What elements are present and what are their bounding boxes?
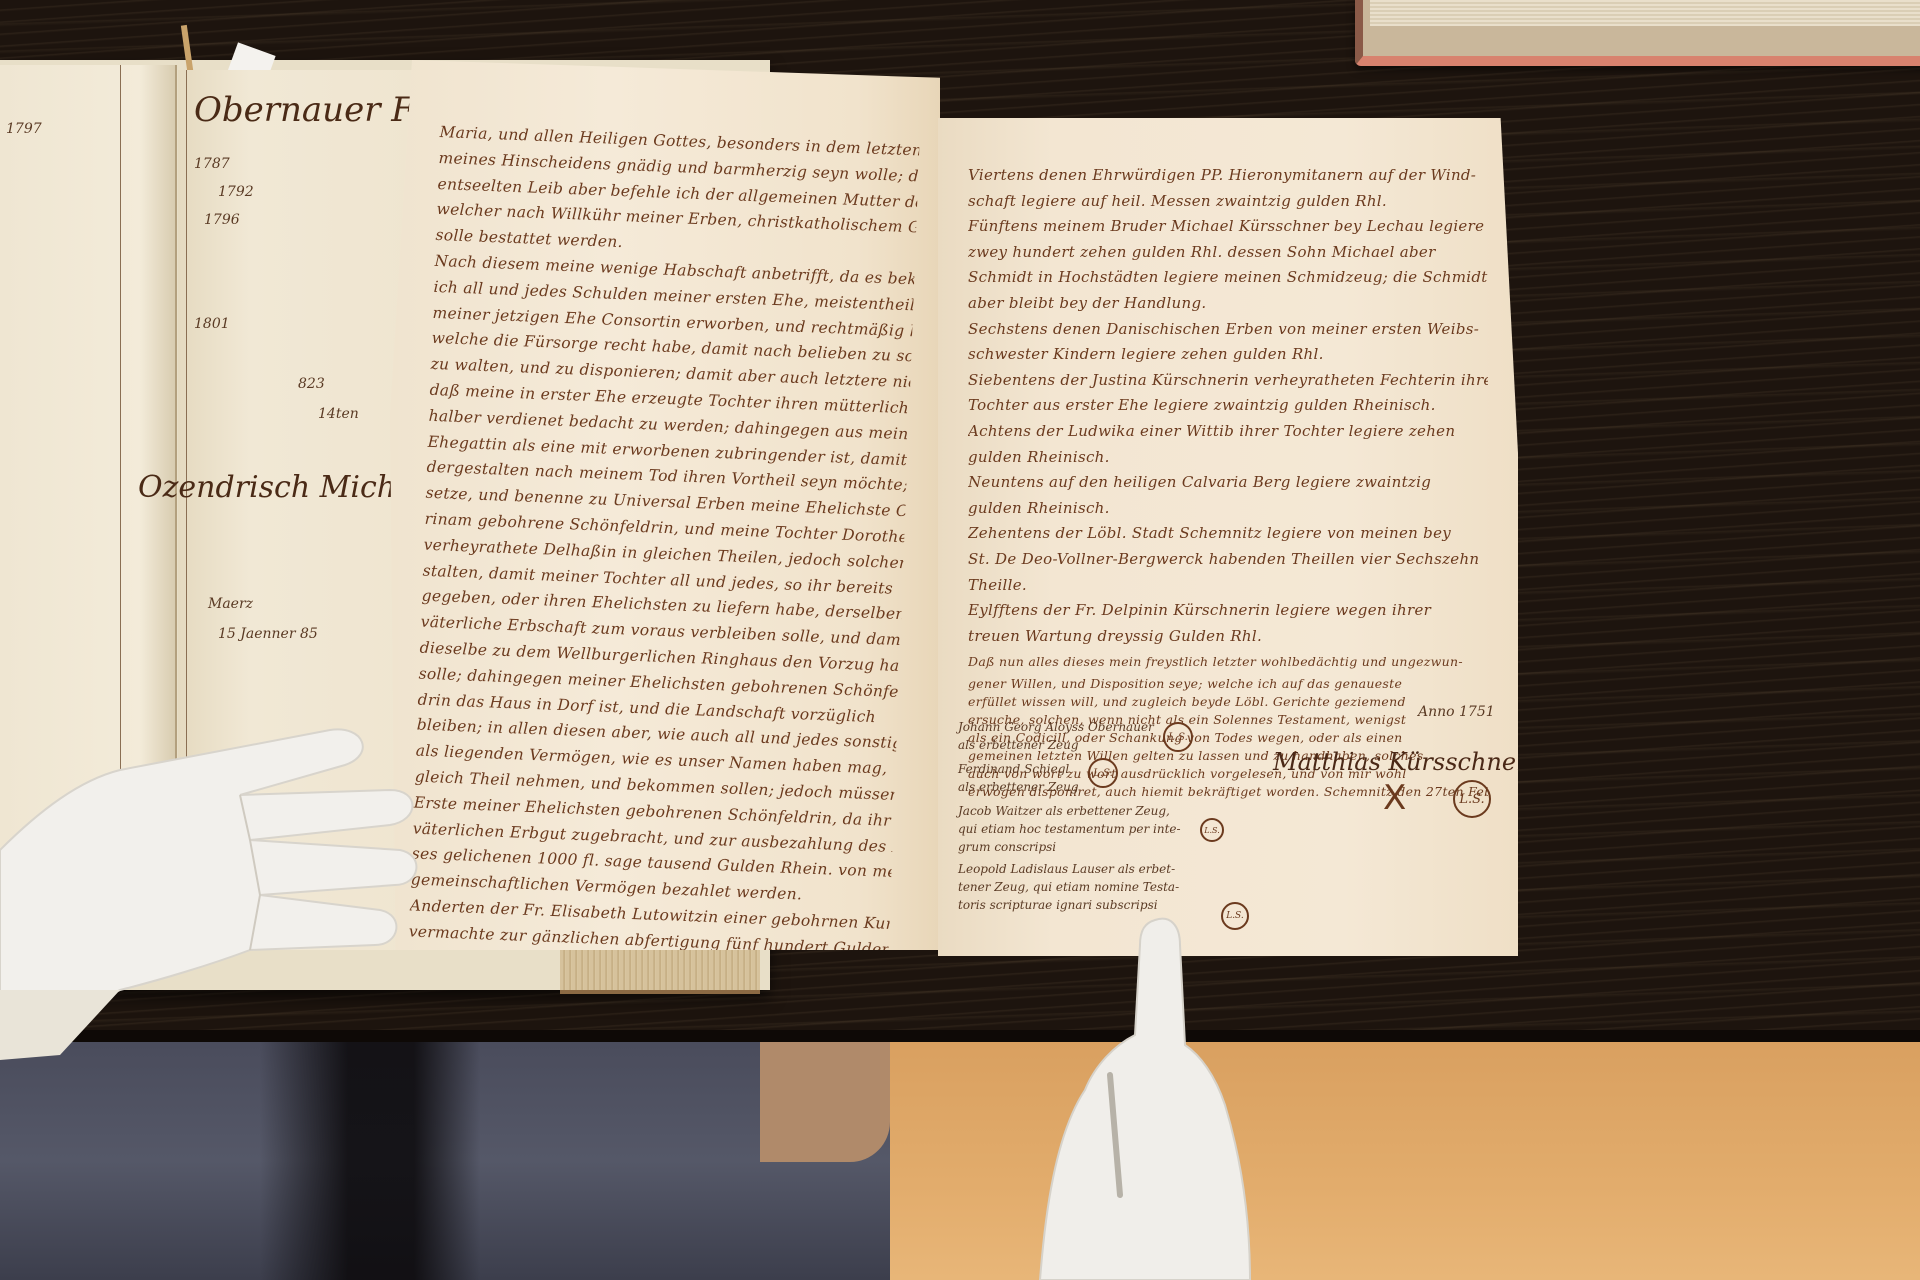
text-line: Theille. (968, 573, 1488, 599)
text-line: aber bleibt bey der Handlung. (968, 291, 1488, 317)
margin-note: 14ten (318, 400, 359, 428)
text-line: Daß nun alles dieses mein freystlich let… (968, 649, 1488, 675)
lap-shadow (260, 1042, 480, 1280)
text-line: Johann Georg Aloyss Obernauer (958, 718, 1154, 736)
text-line: qui etiam hoc testamentum per inte- (958, 820, 1181, 838)
margin-note: 1801 (194, 310, 230, 338)
text-line: als erbettener Zeug (958, 778, 1079, 796)
text-line: schwester Kindern legiere zehen gulden R… (968, 342, 1488, 368)
text-line: tener Zeug, qui etiam nomine Testa- (958, 878, 1179, 896)
margin-note: 1792 (218, 178, 254, 206)
text-line: St. De Deo-Vollner-Bergwerck habenden Th… (968, 547, 1488, 573)
text-line: Ferdinand Schiegl (958, 760, 1079, 778)
seal-ls: L.S. (1088, 758, 1118, 788)
text-line: Zehentens der Löbl. Stadt Schemnitz legi… (968, 521, 1488, 547)
testator-mark-x: X (1383, 778, 1406, 818)
red-book-page-edges (1370, 0, 1920, 26)
testament-sheet-left: Maria, und allen Heiligen Gottes, besond… (390, 60, 940, 950)
text-line: Eylfftens der Fr. Delpinin Kürschnerin l… (968, 598, 1488, 624)
text-line: Neuntens auf den heiligen Calvaria Berg … (968, 470, 1488, 496)
text-line: Siebentens der Justina Kürschnerin verhe… (968, 368, 1488, 394)
text-line: gulden Rheinisch. (968, 496, 1488, 522)
margin-note: 15 Jaenner 85 (218, 620, 318, 648)
text-line: Jacob Waitzer als erbettener Zeug, (958, 802, 1181, 820)
margin-note: Maerz (208, 590, 253, 618)
text-line: erfüllet wissen will, und zugleich beyde… (968, 693, 1488, 711)
testament-text-left: Maria, und allen Heiligen Gottes, besond… (406, 120, 919, 1015)
text-line: schaft legiere auf heil. Messen zwaintzi… (968, 189, 1488, 215)
text-line: Sechstens denen Danischischen Erben von … (968, 317, 1488, 343)
white-gloved-pointing-hand (1025, 915, 1275, 1280)
seal-ls: L.S. (1453, 780, 1491, 818)
seal-ls: L.S. (1200, 818, 1224, 842)
margin-note: 1796 (204, 206, 240, 234)
text-line: gulden Rheinisch. (968, 445, 1488, 471)
witness-signature: Jacob Waitzer als erbettener Zeug, qui e… (958, 802, 1181, 856)
text-line: zwey hundert zehen gulden Rhl. dessen So… (968, 240, 1488, 266)
margin-note: 1797 (6, 115, 42, 143)
witness-signature: Johann Georg Aloyss Obernauer als erbett… (958, 718, 1154, 754)
margin-note: 1787 (194, 150, 230, 178)
witness-signature: Ferdinand Schiegl als erbettener Zeug (958, 760, 1079, 796)
knee (760, 1042, 890, 1162)
text-line: Schmidt in Hochstädten legiere meinen Sc… (968, 265, 1488, 291)
seal-ls: L.S. (1163, 722, 1193, 752)
text-line: Fünftens meinem Bruder Michael Kürsschne… (968, 214, 1488, 240)
testament-sheet-right: Viertens denen Ehrwürdigen PP. Hieronymi… (938, 118, 1518, 956)
text-line: als erbettener Zeug (958, 736, 1154, 754)
text-line: toris scripturae ignari subscripsi (958, 896, 1179, 914)
text-line: Achtens der Ludwika einer Wittib ihrer T… (968, 419, 1488, 445)
witness-signature: Leopold Ladislaus Lauser als erbet- tene… (958, 860, 1179, 914)
text-line: grum conscripsi (958, 838, 1181, 856)
text-line: treuen Wartung dreyssig Gulden Rhl. (968, 624, 1488, 650)
testament-text-right: Viertens denen Ehrwürdigen PP. Hieronymi… (968, 163, 1488, 801)
text-line: gener Willen, und Disposition seye; welc… (968, 675, 1488, 693)
white-gloved-left-hand (0, 700, 440, 1060)
text-line: Viertens denen Ehrwürdigen PP. Hieronymi… (968, 163, 1488, 189)
margin-note: 823 (298, 370, 325, 398)
testator-signature: Matthias Kürsschner (1273, 748, 1528, 776)
text-line: Tochter aus erster Ehe legiere zwaintzig… (968, 393, 1488, 419)
document-date: Anno 1751 (1418, 698, 1495, 726)
text-line: Leopold Ladislaus Lauser als erbet- (958, 860, 1179, 878)
